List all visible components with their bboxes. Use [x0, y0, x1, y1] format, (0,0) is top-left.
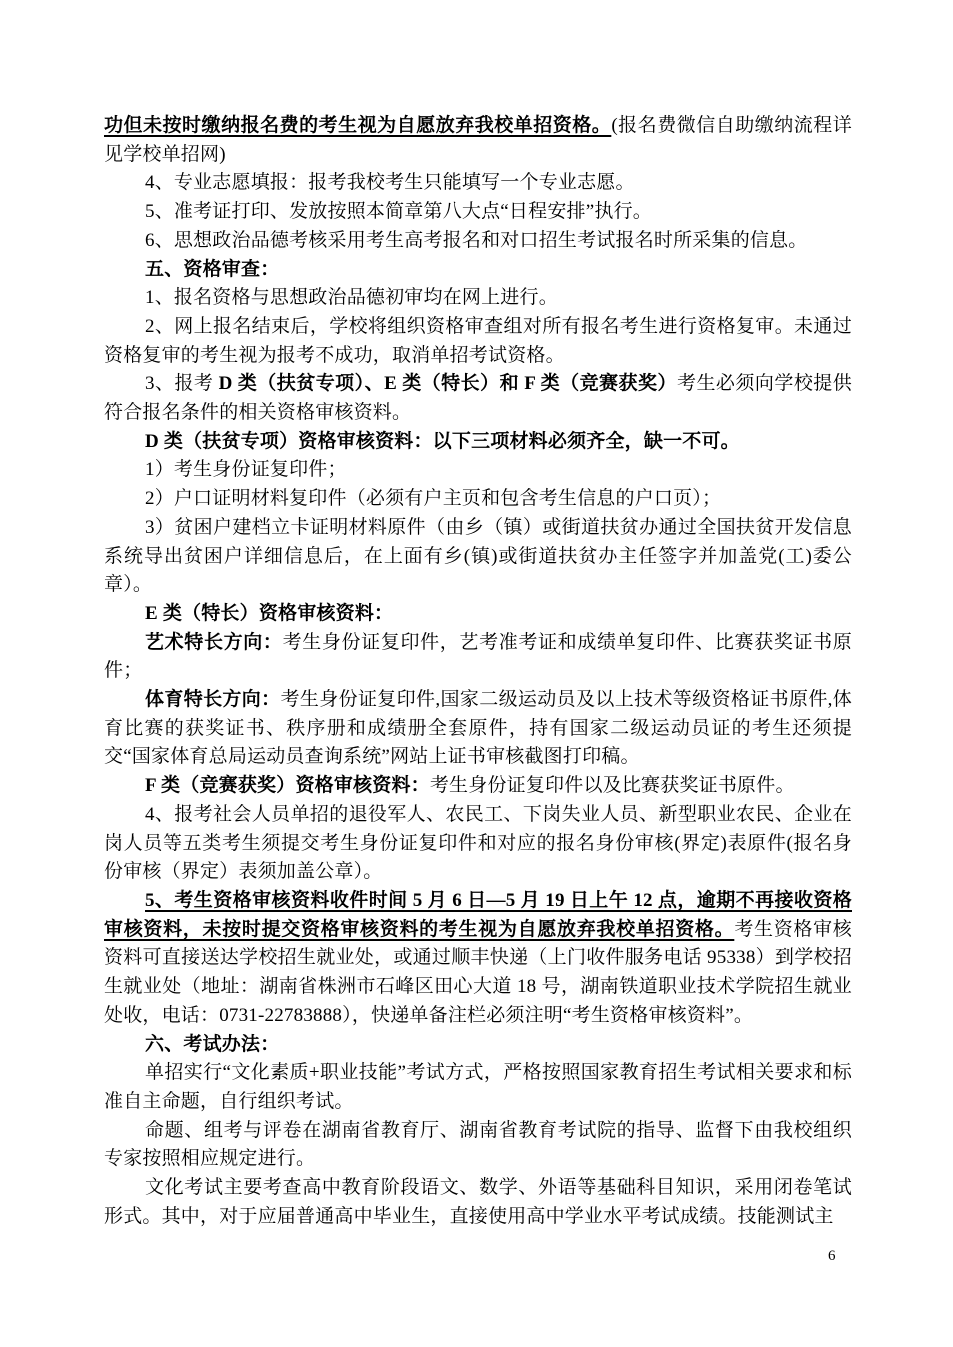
text-run: 2、网上报名结束后，学校将组织资格审查组对所有报名考生进行资格复审。未通过资格复… [104, 316, 852, 366]
text-run-emphasis: 体育特长方向： [145, 689, 281, 710]
text-run: 单招实行“文化素质+职业技能”考试方式，严格按照国家教育招生考试相关要求和标准自… [104, 1062, 852, 1112]
paragraph: 3）贫困户建档立卡证明材料原件（由乡（镇）或街道扶贫办通过全国扶贫开发信息系统导… [104, 514, 852, 600]
text-run: 文化考试主要考查高中教育阶段语文、数学、外语等基础科目知识，采用闭卷笔试形式。其… [104, 1177, 852, 1227]
text-run-emphasis: 艺术特长方向： [145, 632, 283, 653]
paragraph: D 类（扶贫专项）资格审核资料：以下三项材料必须齐全，缺一不可。 [104, 428, 852, 457]
text-run: 3）贫困户建档立卡证明材料原件（由乡（镇）或街道扶贫办通过全国扶贫开发信息系统导… [104, 517, 852, 595]
text-run-emphasis: D 类（扶贫专项）、E 类（特长）和 F 类（竞赛获奖） [219, 373, 677, 394]
text-run: 2）户口证明材料复印件（必须有户主页和包含考生信息的户口页）； [145, 488, 721, 509]
paragraph: 1）考生身份证复印件； [104, 456, 852, 485]
paragraph: 3、报考 D 类（扶贫专项）、E 类（特长）和 F 类（竞赛获奖）考生必须向学校… [104, 370, 852, 427]
text-run: 5、准考证打印、发放按照本简章第八大点“日程安排”执行。 [145, 201, 652, 222]
paragraph: 五、资格审查： [104, 256, 852, 285]
paragraph: 2）户口证明材料复印件（必须有户主页和包含考生信息的户口页）； [104, 485, 852, 514]
paragraph: 六、考试办法： [104, 1031, 852, 1060]
paragraph: 功但未按时缴纳报名费的考生视为自愿放弃我校单招资格。(报名费微信自助缴纳流程详见… [104, 112, 852, 169]
text-run: 1、报名资格与思想政治品德初审均在网上进行。 [145, 287, 558, 308]
paragraph: E 类（特长）资格审核资料： [104, 600, 852, 629]
document-page: 功但未按时缴纳报名费的考生视为自愿放弃我校单招资格。(报名费微信自助缴纳流程详见… [0, 0, 953, 1347]
paragraph: 文化考试主要考查高中教育阶段语文、数学、外语等基础科目知识，采用闭卷笔试形式。其… [104, 1174, 852, 1231]
paragraph: 4、专业志愿填报：报考我校考生只能填写一个专业志愿。 [104, 169, 852, 198]
text-run-emphasis: 功但未按时缴纳报名费的考生视为自愿放弃我校单招资格。 [104, 115, 611, 136]
paragraph: 单招实行“文化素质+职业技能”考试方式，严格按照国家教育招生考试相关要求和标准自… [104, 1059, 852, 1116]
paragraph: 5、考生资格审核资料收件时间 5 月 6 日—5 月 19 日上午 12 点，逾… [104, 887, 852, 1031]
document-content: 功但未按时缴纳报名费的考生视为自愿放弃我校单招资格。(报名费微信自助缴纳流程详见… [104, 112, 852, 1231]
paragraph: 体育特长方向：考生身份证复印件,国家二级运动员及以上技术等级资格证书原件,体育比… [104, 686, 852, 772]
text-run: 6、思想政治品德考核采用考生高考报名和对口招生考试报名时所采集的信息。 [145, 230, 808, 251]
text-run: 考生身份证复印件以及比赛获奖证书原件。 [430, 775, 795, 796]
text-run: 3、报考 [145, 373, 219, 394]
paragraph: 艺术特长方向：考生身份证复印件，艺考准考证和成绩单复印件、比赛获奖证书原件； [104, 629, 852, 686]
paragraph: 5、准考证打印、发放按照本简章第八大点“日程安排”执行。 [104, 198, 852, 227]
text-run-emphasis: E 类（特长）资格审核资料： [145, 603, 393, 624]
paragraph: F 类（竞赛获奖）资格审核资料：考生身份证复印件以及比赛获奖证书原件。 [104, 772, 852, 801]
paragraph: 2、网上报名结束后，学校将组织资格审查组对所有报名考生进行资格复审。未通过资格复… [104, 313, 852, 370]
text-run-emphasis: 六、考试办法： [145, 1034, 279, 1055]
text-run: 命题、组考与评卷在湖南省教育厅、湖南省教育考试院的指导、监督下由我校组织专家按照… [104, 1120, 852, 1170]
text-run: 4、报考社会人员单招的退役军人、农民工、下岗失业人员、新型职业农民、企业在岗人员… [104, 804, 852, 882]
paragraph: 6、思想政治品德考核采用考生高考报名和对口招生考试报名时所采集的信息。 [104, 227, 852, 256]
text-run-emphasis: F 类（竞赛获奖）资格审核资料： [145, 775, 430, 796]
text-run-emphasis: D 类（扶贫专项）资格审核资料：以下三项材料必须齐全，缺一不可。 [145, 431, 740, 452]
text-run: 4、专业志愿填报：报考我校考生只能填写一个专业志愿。 [145, 172, 635, 193]
text-run-emphasis: 五、资格审查： [145, 259, 279, 280]
paragraph: 1、报名资格与思想政治品德初审均在网上进行。 [104, 284, 852, 313]
paragraph: 命题、组考与评卷在湖南省教育厅、湖南省教育考试院的指导、监督下由我校组织专家按照… [104, 1117, 852, 1174]
paragraph: 4、报考社会人员单招的退役军人、农民工、下岗失业人员、新型职业农民、企业在岗人员… [104, 801, 852, 887]
page-number: 6 [828, 1246, 836, 1266]
text-run: 1）考生身份证复印件； [145, 459, 347, 480]
